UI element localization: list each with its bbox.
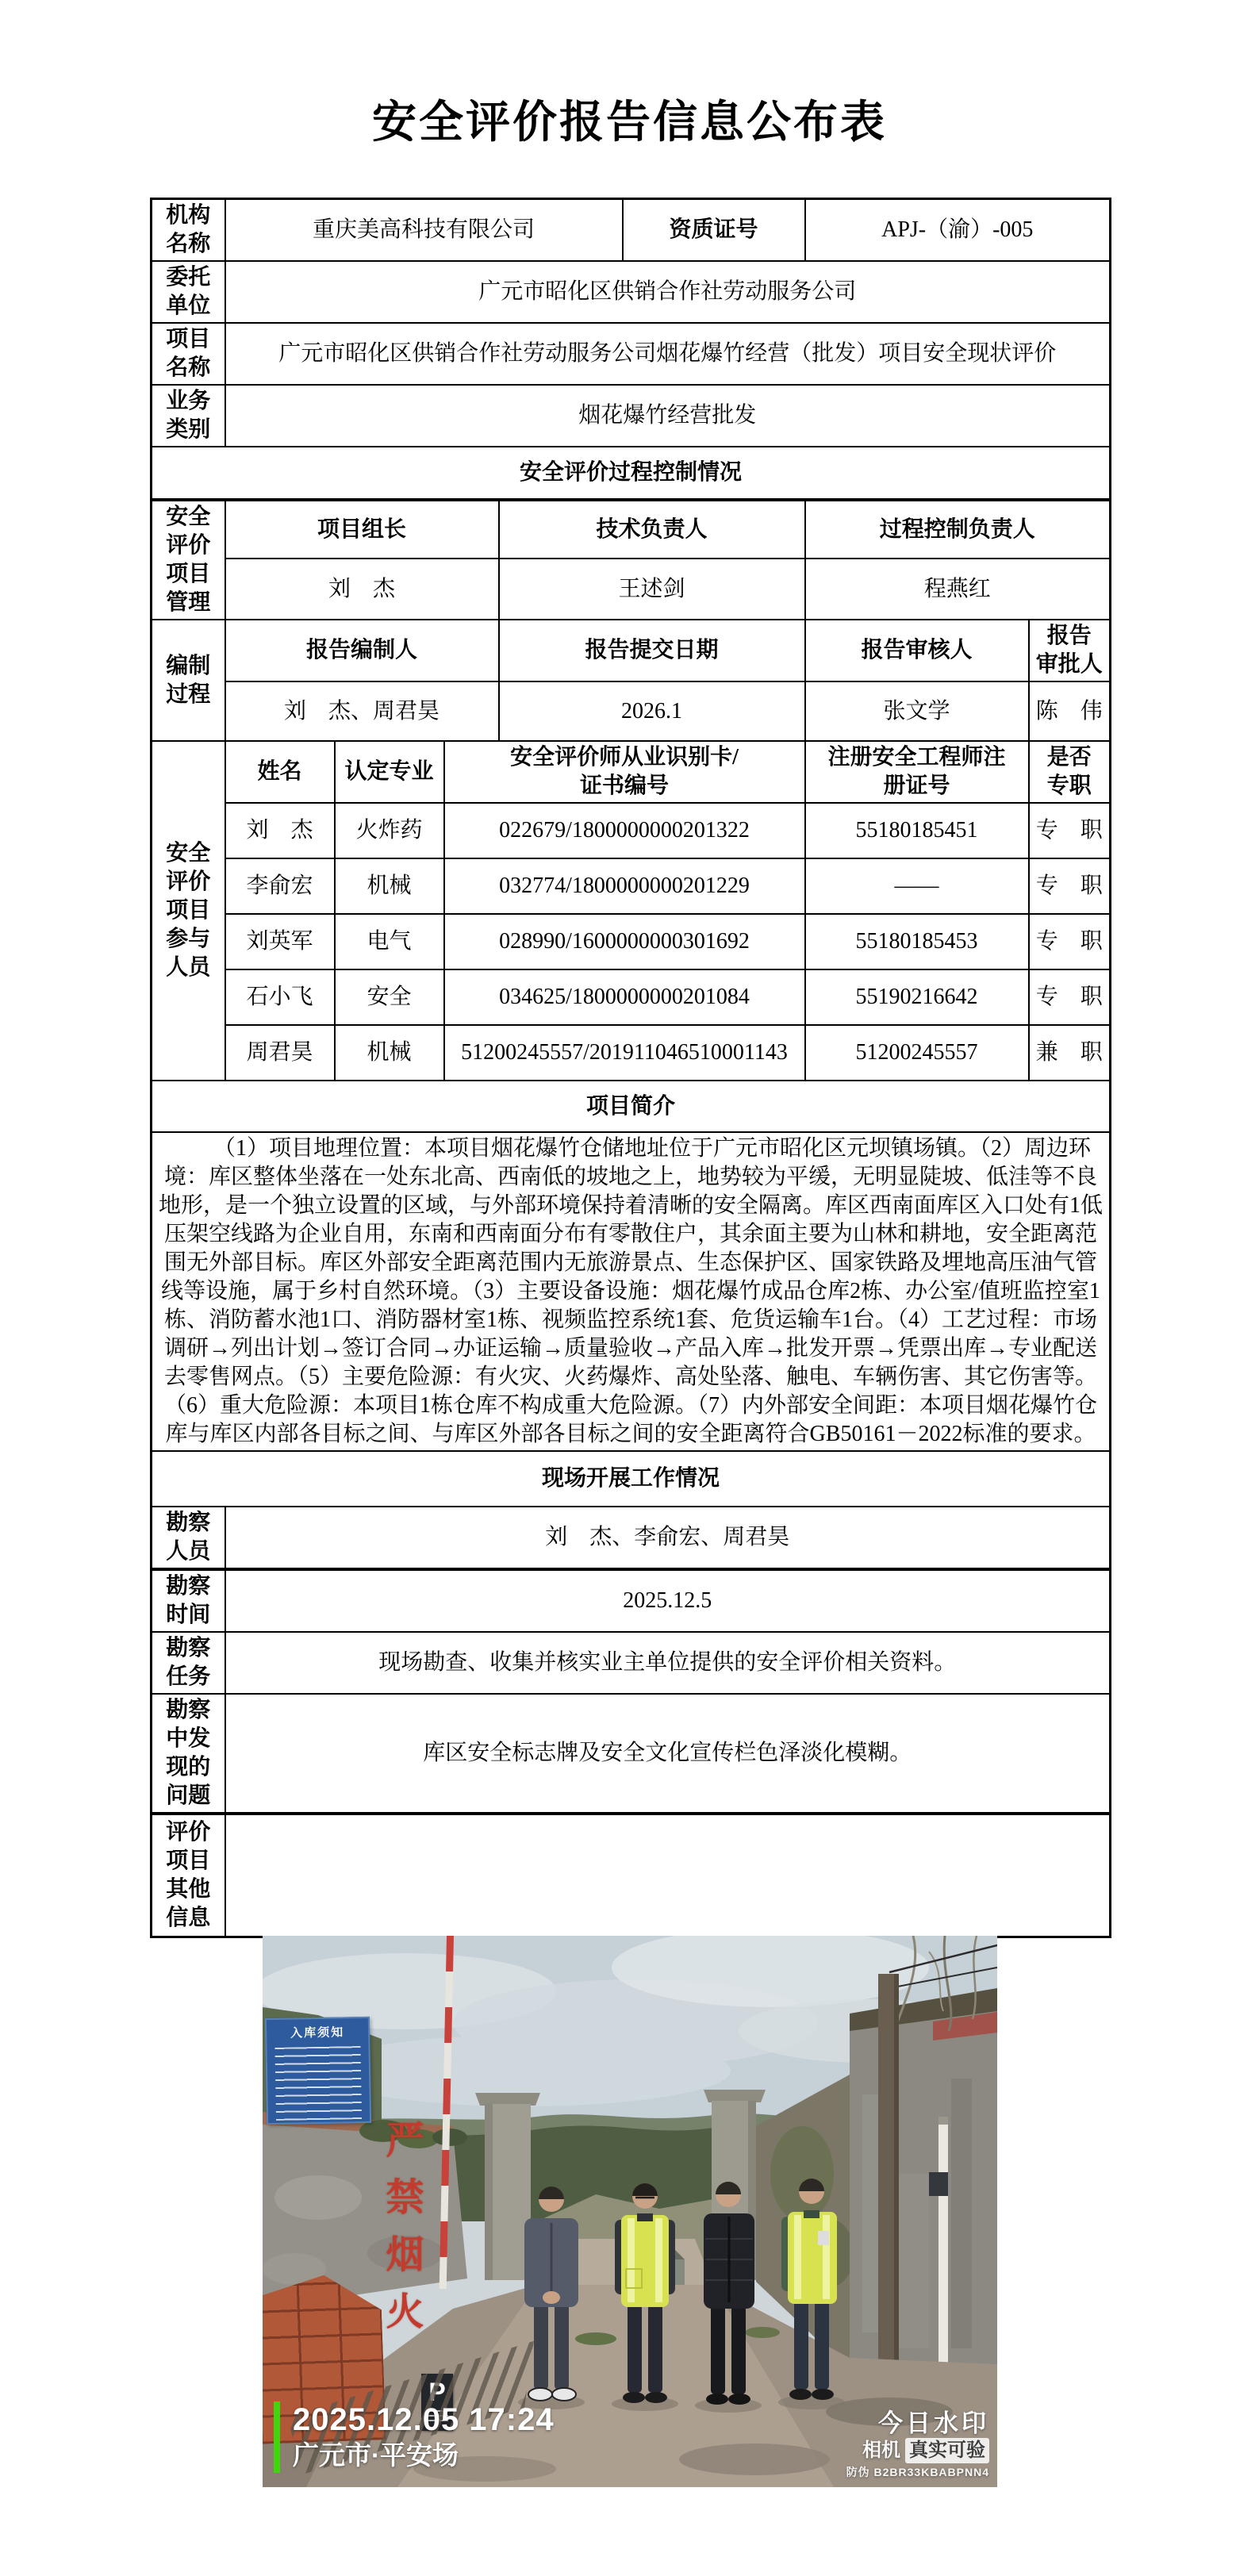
participant-cert: 032774/1800000000201229 <box>444 858 805 914</box>
entry-notice-sign: 入库须知 <box>265 2017 371 2125</box>
participant-major: 电气 <box>335 914 444 969</box>
survey-task-row: 勘察 任务 现场勘查、收集并核实业主单位提供的安全评价相关资料。 <box>152 1632 1111 1694</box>
entry-notice-sign-title: 入库须知 <box>267 2023 368 2041</box>
client-value: 广元市昭化区供销合作社劳动服务公司 <box>225 261 1111 323</box>
participant-cert: 028990/1600000000301692 <box>444 914 805 969</box>
table-row: 委托 单位 广元市昭化区供销合作社劳动服务公司 <box>152 261 1111 323</box>
survey-issues-label: 勘察 中发 现的 问题 <box>152 1694 225 1814</box>
page-title: 安全评价报告信息公布表 <box>0 87 1259 151</box>
table-row: 业务 类别 烟花爆竹经营批发 <box>152 385 1111 447</box>
participants-header-row: 安全 评价 项目 参与 人员 姓名 认定专业 安全评价师从业识别卡/ 证书编号 … <box>152 741 1111 803</box>
tech-lead-value: 王述剑 <box>499 559 805 620</box>
other-info-value <box>225 1814 1111 1937</box>
org-name-value: 重庆美高科技有限公司 <box>225 199 623 262</box>
business-type-value: 烟花爆竹经营批发 <box>225 385 1111 447</box>
survey-staff-row: 勘察 人员 刘 杰、李俞宏、周君昊 <box>152 1507 1111 1569</box>
sitework-section-header: 现场开展工作情况 <box>152 1451 1111 1507</box>
report-reviewer-header: 报告审核人 <box>805 620 1029 681</box>
participant-row: 刘英军 电气 028990/1600000000301692 551801854… <box>152 914 1111 969</box>
survey-issues-row: 勘察 中发 现的 问题 库区安全标志牌及安全文化宣传栏色泽淡化模糊。 <box>152 1694 1111 1814</box>
participant-reg-no: —— <box>805 858 1029 914</box>
appraiser-cert-header: 安全评价师从业识别卡/ 证书编号 <box>444 741 805 803</box>
summary-section-header: 项目简介 <box>152 1081 1111 1132</box>
participant-name: 刘 杰 <box>225 803 335 858</box>
participant-cert: 034625/1800000000201084 <box>444 969 805 1025</box>
participants-label: 安全 评价 项目 参与 人员 <box>152 741 225 1081</box>
participant-reg-no: 51200245557 <box>805 1025 1029 1081</box>
watermark-brand: 今日水印 <box>846 2409 989 2438</box>
compilation-header-row: 编制 过程 报告编制人 报告提交日期 报告审核人 报告 审批人 <box>152 620 1111 681</box>
participant-name: 石小飞 <box>225 969 335 1025</box>
section-header-row: 安全评价过程控制情况 <box>152 447 1111 500</box>
compilation-label: 编制 过程 <box>152 620 225 741</box>
report-writer-value: 刘 杰、周君昊 <box>225 681 499 741</box>
participant-fulltime: 专 职 <box>1029 914 1111 969</box>
table-row: 项目 名称 广元市昭化区供销合作社劳动服务公司烟花爆竹经营（批发）项目安全现状评… <box>152 323 1111 385</box>
table-row: 机构 名称 重庆美高科技有限公司 资质证号 APJ-（渝）-005 <box>152 199 1111 262</box>
info-table: 机构 名称 重庆美高科技有限公司 资质证号 APJ-（渝）-005 委托 单位 … <box>150 198 1111 1938</box>
section-header-row: 项目简介 <box>152 1081 1111 1132</box>
report-date-header: 报告提交日期 <box>499 620 805 681</box>
project-name-label: 项目 名称 <box>152 323 225 385</box>
survey-staff-label: 勘察 人员 <box>152 1507 225 1569</box>
participant-fulltime: 专 职 <box>1029 803 1111 858</box>
report-writer-header: 报告编制人 <box>225 620 499 681</box>
tech-lead-header: 技术负责人 <box>499 500 805 559</box>
cert-no-value: APJ-（渝）-005 <box>805 199 1111 262</box>
summary-text: （1）项目地理位置：本项目烟花爆竹仓储地址位于广元市昭化区元坝镇场镇。（2）周边… <box>152 1132 1111 1451</box>
participant-cert: 51200245557/201911046510001143 <box>444 1025 805 1081</box>
document-page: 安全评价报告信息公布表 机构 名称 重庆美高科技有限公司 资质证号 APJ-（渝… <box>0 0 1259 2576</box>
participant-fulltime: 兼 职 <box>1029 1025 1111 1081</box>
management-values-row: 刘 杰 王述剑 程燕红 <box>152 559 1111 620</box>
watermark-antifake-code: 防伪 B2BR33KBABPNN4 <box>846 2463 989 2481</box>
compilation-values-row: 刘 杰、周君昊 2026.1 张文学 陈 伟 <box>152 681 1111 741</box>
summary-row: （1）项目地理位置：本项目烟花爆竹仓储地址位于广元市昭化区元坝镇场镇。（2）周边… <box>152 1132 1111 1451</box>
team-leader-header: 项目组长 <box>225 500 499 559</box>
participant-fulltime: 专 职 <box>1029 858 1111 914</box>
participant-reg-no: 55180185451 <box>805 803 1029 858</box>
management-header-row: 安全 评价 项目 管理 项目组长 技术负责人 过程控制负责人 <box>152 500 1111 559</box>
engineer-cert-header: 注册安全工程师注 册证号 <box>805 741 1029 803</box>
entry-notice-sign-text-lines <box>274 2046 362 2121</box>
participant-reg-no: 55190216642 <box>805 969 1029 1025</box>
watermark-left: 2025.12.05 17:24 广元市·平安场 <box>274 2401 555 2473</box>
process-section-header: 安全评价过程控制情况 <box>152 447 1111 500</box>
name-header: 姓名 <box>225 741 335 803</box>
survey-date-value: 2025.12.5 <box>225 1569 1111 1632</box>
management-label: 安全 评价 项目 管理 <box>152 500 225 620</box>
participant-reg-no: 55180185453 <box>805 914 1029 969</box>
participant-name: 刘英军 <box>225 914 335 969</box>
cert-no-label: 资质证号 <box>623 199 805 262</box>
survey-task-label: 勘察 任务 <box>152 1632 225 1694</box>
survey-task-value: 现场勘查、收集并核实业主单位提供的安全评价相关资料。 <box>225 1632 1111 1694</box>
site-photo: 入库须知 严禁烟火 P 2025.12.05 17:24 广元市·平安场 今日水… <box>263 1936 997 2487</box>
watermark-timestamp: 2025.12.05 17:24 <box>293 2401 555 2438</box>
watermark-green-bar <box>274 2401 280 2473</box>
survey-date-row: 勘察 时间 2025.12.5 <box>152 1569 1111 1632</box>
process-control-value: 程燕红 <box>805 559 1111 620</box>
participant-fulltime: 专 职 <box>1029 969 1111 1025</box>
project-name-value: 广元市昭化区供销合作社劳动服务公司烟花爆竹经营（批发）项目安全现状评价 <box>225 323 1111 385</box>
no-fireworks-wall-text: 严禁烟火 <box>380 2120 421 2348</box>
participant-major: 机械 <box>335 858 444 914</box>
participant-cert: 022679/1800000000201322 <box>444 803 805 858</box>
participant-major: 火炸药 <box>335 803 444 858</box>
watermark-verified-badge: 真实可验 <box>905 2438 989 2463</box>
client-label: 委托 单位 <box>152 261 225 323</box>
watermark-location: 广元市·平安场 <box>293 2438 555 2473</box>
watermark-right: 今日水印 相机真实可验 防伪 B2BR33KBABPNN4 <box>846 2409 989 2481</box>
report-approver-value: 陈 伟 <box>1029 681 1111 741</box>
participant-row: 周君昊 机械 51200245557/201911046510001143 51… <box>152 1025 1111 1081</box>
watermark-brand-sub: 相机真实可验 <box>846 2438 989 2463</box>
report-approver-header: 报告 审批人 <box>1029 620 1111 681</box>
survey-staff-value: 刘 杰、李俞宏、周君昊 <box>225 1507 1111 1569</box>
survey-date-label: 勘察 时间 <box>152 1569 225 1632</box>
participant-row: 李俞宏 机械 032774/1800000000201229 —— 专 职 <box>152 858 1111 914</box>
report-reviewer-value: 张文学 <box>805 681 1029 741</box>
org-name-label: 机构 名称 <box>152 199 225 262</box>
other-info-row: 评价 项目 其他 信息 <box>152 1814 1111 1937</box>
major-header: 认定专业 <box>335 741 444 803</box>
participant-name: 周君昊 <box>225 1025 335 1081</box>
fulltime-header: 是否 专职 <box>1029 741 1111 803</box>
survey-issues-value: 库区安全标志牌及安全文化宣传栏色泽淡化模糊。 <box>225 1694 1111 1814</box>
team-leader-value: 刘 杰 <box>225 559 499 620</box>
report-date-value: 2026.1 <box>499 681 805 741</box>
participant-major: 安全 <box>335 969 444 1025</box>
other-info-label: 评价 项目 其他 信息 <box>152 1814 225 1937</box>
section-header-row: 现场开展工作情况 <box>152 1451 1111 1507</box>
process-control-header: 过程控制负责人 <box>805 500 1111 559</box>
watermark-brand-sub-text: 相机 <box>862 2440 900 2461</box>
participant-row: 刘 杰 火炸药 022679/1800000000201322 55180185… <box>152 803 1111 858</box>
participant-name: 李俞宏 <box>225 858 335 914</box>
business-type-label: 业务 类别 <box>152 385 225 447</box>
participant-major: 机械 <box>335 1025 444 1081</box>
participant-row: 石小飞 安全 034625/1800000000201084 551902166… <box>152 969 1111 1025</box>
